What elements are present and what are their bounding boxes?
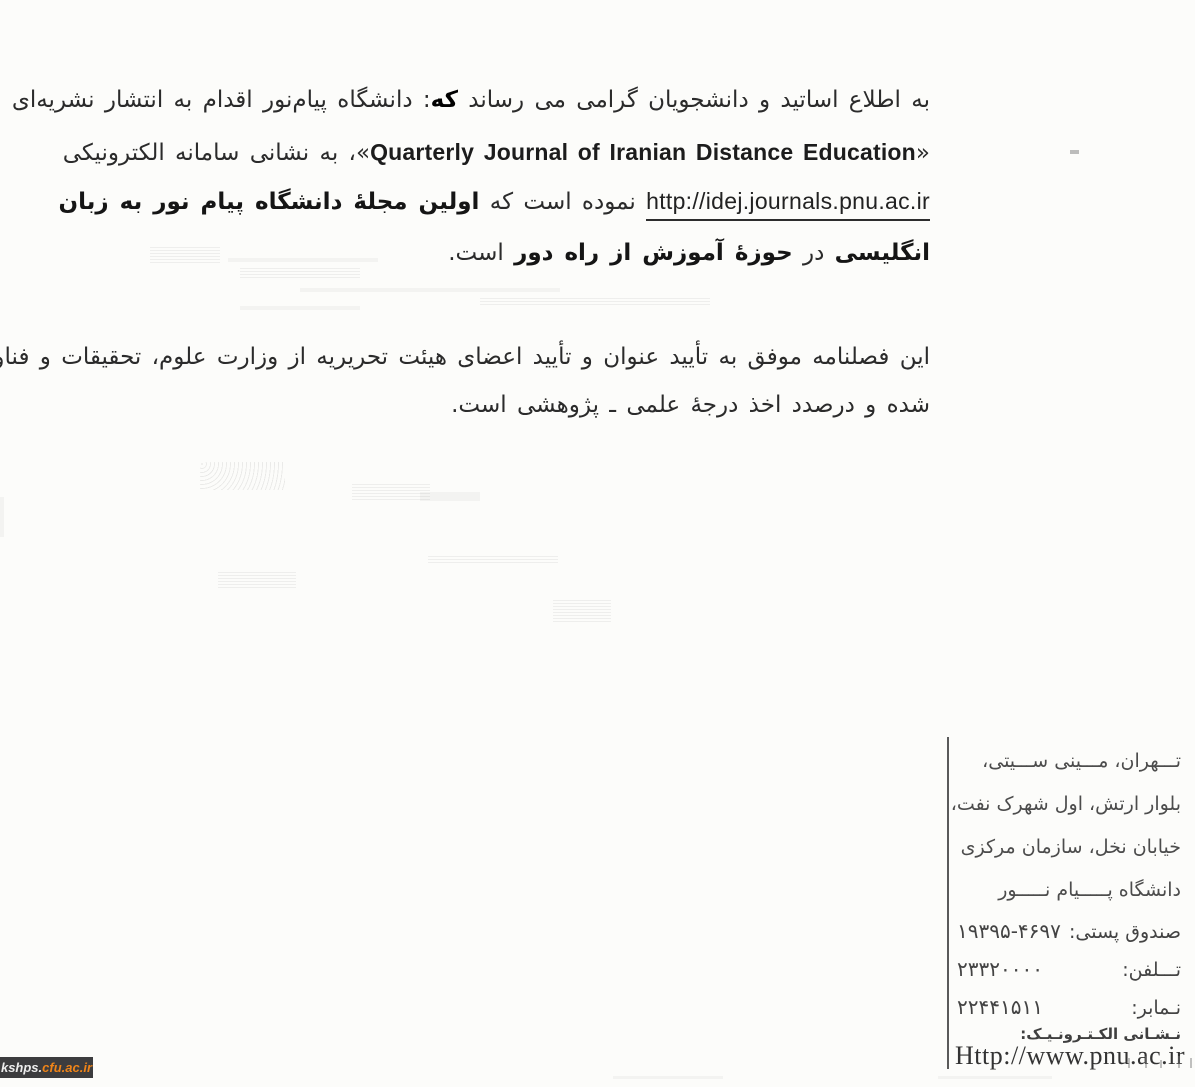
scan-artifact [1070,150,1079,154]
address-line-4: دانشگاه پـــــیام نـــــور [956,878,1181,902]
quote-open: « [916,140,930,166]
line1-text-post: : دانشگاه پیام‌نور اقدام به انتشار نشریه… [0,87,431,113]
paragraph2-line1: این فصلنامه موفق به تأیید عنوان و تأیید … [105,341,930,374]
scan-artifact [200,462,285,490]
phone-row: تـــلفن: ۲۳۳۲۰۰۰۰ [957,957,1181,981]
line1-bold-word: که [431,87,458,113]
line3-bold-text: اولین مجلۀ دانشگاه پیام نور به زبان [58,189,479,215]
scan-artifact [0,497,4,537]
scan-artifact [553,600,611,622]
address-line-2: بلوار ارتش، اول شهرک نفت، [956,792,1181,816]
site-watermark: kshps.cfu.ac.ir [0,1057,93,1078]
scan-artifact [1190,1058,1192,1068]
watermark-prefix: kshps. [1,1060,42,1075]
line4-bold1: انگلیسی [835,240,930,266]
scan-artifact [428,556,558,565]
paragraph1-line3: http://idej.journals.pnu.ac.ir نموده است… [105,185,930,221]
scan-artifact [420,492,480,501]
line3-text-mid: نموده است که [479,189,646,215]
line2-text-rest: »، به نشانی سامانه الکترونیکی [63,140,370,166]
line4-mid: در [793,240,835,266]
address-line-3: خیابان نخل، سازمان مرکزی [956,835,1181,859]
paragraph1-line2: «Quarterly Journal of Iranian Distance E… [105,136,930,170]
scan-artifact [613,1076,723,1079]
fax-row: نـمابر: ۲۲۴۴۱۵۱۱ [957,995,1181,1019]
phone-value: ۲۳۳۲۰۰۰۰ [957,957,1043,981]
paragraph2-line2: شده و درصدد اخذ درجۀ علمی ـ پژوهشی است. [105,389,930,422]
scan-artifact [218,572,296,590]
po-box-label: صندوق پستی: [1069,921,1181,943]
line4-end: است. [448,240,514,266]
scan-artifact [352,484,430,502]
contact-info-block: تـــهران، مـــینی ســـیتی، بلوار ارتش، ا… [947,737,1185,1069]
pnu-website-link[interactable]: Http://www.pnu.ac.ir [955,1041,1181,1071]
line4-bold2: حوزۀ آموزش از راه دور [514,240,793,266]
po-box-row: صندوق پستی: ۱۹۳۹۵-۴۶۹۷ [957,919,1181,943]
scan-artifact [240,306,360,310]
journal-url-link[interactable]: http://idej.journals.pnu.ac.ir [646,185,930,221]
scanned-document-page: به اطلاع اساتید و دانشجویان گرامی می رسا… [0,0,1195,1087]
scan-artifact [480,298,710,305]
fax-value: ۲۲۴۴۱۵۱۱ [957,995,1043,1019]
announcement-paragraph: به اطلاع اساتید و دانشجویان گرامی می رسا… [105,0,930,290]
address-line-1: تـــهران، مـــینی ســـیتی، [956,749,1181,773]
fax-label: نـمابر: [1131,997,1181,1019]
paragraph1-line4: انگلیسی در حوزۀ آموزش از راه دور است. [105,237,930,270]
scan-artifact [938,1076,1052,1079]
watermark-domain: cfu.ac.ir [42,1060,92,1075]
po-box-value: ۱۹۳۹۵-۴۶۹۷ [957,919,1061,943]
line1-text-pre: به اطلاع اساتید و دانشجویان گرامی می رسا… [458,87,930,113]
journal-title-english: Quarterly Journal of Iranian Distance Ed… [370,139,916,165]
phone-label: تـــلفن: [1122,959,1181,981]
paragraph1-line1: به اطلاع اساتید و دانشجویان گرامی می رسا… [105,84,930,117]
